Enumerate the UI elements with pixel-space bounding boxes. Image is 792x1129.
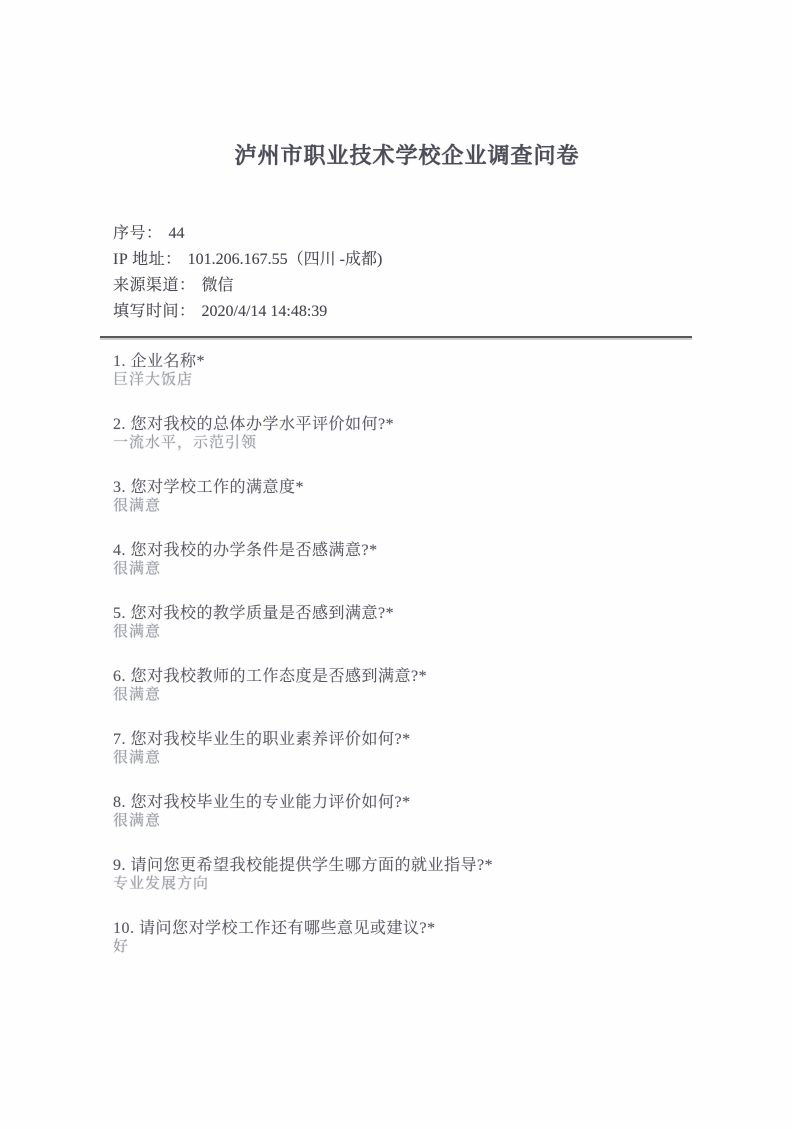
question-block: 9. 请问您更希望我校能提供学生哪方面的就业指导?* 专业发展方向 [113,856,733,894]
response-meta-section: 序号：44 IP 地址：101.206.167.55（四川 -成都) 来源渠道：… [113,221,382,325]
meta-label: 序号： [113,225,163,242]
meta-row: 来源渠道：微信 [113,273,382,299]
question-block: 10. 请问您对学校工作还有哪些意见或建议?* 好 [113,919,733,957]
meta-label: 来源渠道： [113,277,196,294]
question-text: 7. 您对我校毕业生的职业素养评价如何?* [113,730,733,749]
answer-text: 很满意 [113,686,733,705]
question-text: 2. 您对我校的总体办学水平评价如何?* [113,415,733,434]
question-text: 5. 您对我校的教学质量是否感到满意?* [113,604,733,623]
answer-text: 很满意 [113,560,733,579]
questions-list: 1. 企业名称* 巨洋大饭店 2. 您对我校的总体办学水平评价如何?* 一流水平… [113,352,733,982]
question-block: 6. 您对我校教师的工作态度是否感到满意?* 很满意 [113,667,733,705]
question-text: 3. 您对学校工作的满意度* [113,478,733,497]
meta-value: 2020/4/14 14:48:39 [202,303,328,320]
meta-value: 微信 [202,277,234,294]
question-block: 3. 您对学校工作的满意度* 很满意 [113,478,733,516]
question-block: 8. 您对我校毕业生的专业能力评价如何?* 很满意 [113,793,733,831]
question-block: 4. 您对我校的办学条件是否感满意?* 很满意 [113,541,733,579]
question-text: 9. 请问您更希望我校能提供学生哪方面的就业指导?* [113,856,733,875]
meta-value: 44 [169,225,185,242]
question-block: 2. 您对我校的总体办学水平评价如何?* 一流水平，示范引领 [113,415,733,453]
answer-text: 很满意 [113,749,733,768]
answer-text: 专业发展方向 [113,875,733,894]
divider [100,336,692,338]
page-title: 泸州市职业技术学校企业调查问卷 [11,144,792,168]
question-text: 4. 您对我校的办学条件是否感满意?* [113,541,733,560]
answer-text: 好 [113,938,733,957]
meta-value: 101.206.167.55（四川 -成都) [188,251,383,268]
question-text: 1. 企业名称* [113,352,733,371]
question-text: 8. 您对我校毕业生的专业能力评价如何?* [113,793,733,812]
meta-row: IP 地址：101.206.167.55（四川 -成都) [113,247,382,273]
question-block: 7. 您对我校毕业生的职业素养评价如何?* 很满意 [113,730,733,768]
meta-row: 填写时间：2020/4/14 14:48:39 [113,299,382,325]
meta-label: IP 地址： [113,251,182,268]
scanned-survey-page: 泸州市职业技术学校企业调查问卷 序号：44 IP 地址：101.206.167.… [0,0,792,1129]
question-text: 6. 您对我校教师的工作态度是否感到满意?* [113,667,733,686]
question-block: 1. 企业名称* 巨洋大饭店 [113,352,733,390]
answer-text: 很满意 [113,623,733,642]
question-text: 10. 请问您对学校工作还有哪些意见或建议?* [113,919,733,938]
answer-text: 巨洋大饭店 [113,371,733,390]
question-block: 5. 您对我校的教学质量是否感到满意?* 很满意 [113,604,733,642]
answer-text: 很满意 [113,497,733,516]
answer-text: 很满意 [113,812,733,831]
meta-row: 序号：44 [113,221,382,247]
meta-label: 填写时间： [113,303,196,320]
answer-text: 一流水平，示范引领 [113,434,733,453]
